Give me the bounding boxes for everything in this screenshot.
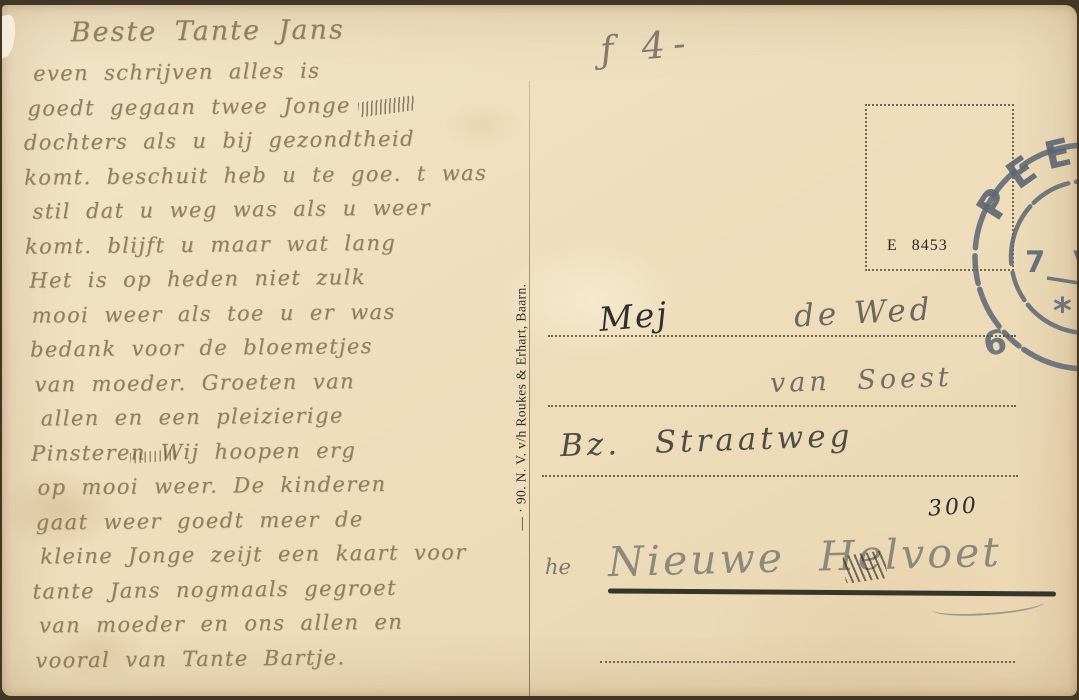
- message-line: dochters als u bij gezondtheid: [24, 125, 536, 165]
- address-house-number: 300: [927, 493, 980, 521]
- message-line: van moeder en ons allen en: [39, 608, 541, 648]
- message-block: Beste Tante Janseven schrijven alles isg…: [23, 12, 542, 682]
- address-recipient-surname: van Soest: [770, 362, 954, 399]
- message-line: goedt gegaan twee Jonge: [27, 91, 535, 131]
- address-street: Bz. Straatweg: [559, 418, 854, 464]
- address-place: Nieuwe Helvoet: [607, 528, 1002, 586]
- message-line: tante Jans nogmaals gegroet: [32, 574, 540, 614]
- address-rule-4: [600, 661, 1015, 663]
- postmark-date-text: 7 V: [1025, 245, 1077, 279]
- address-stray-mark: he: [545, 555, 571, 579]
- message-line: mooi weer als toe u er was: [32, 298, 538, 338]
- message-line: stil dat u weg was als u weer: [32, 194, 536, 234]
- message-line: gaat weer goedt meer de: [36, 505, 540, 545]
- address-rule-2: [548, 405, 1016, 407]
- message-line: vooral van Tante Bartje.: [35, 643, 541, 683]
- address-recipient-title: Mej: [597, 294, 670, 339]
- message-line: van moeder. Groeten van: [34, 367, 538, 407]
- place-underline: [608, 588, 1056, 596]
- stamp-box-code: E 8453: [887, 237, 948, 255]
- torn-paper-edge: [2, 13, 16, 59]
- message-line: komt. blijft u maar wat lang: [25, 229, 537, 269]
- message-line: kleine Jonge zeijt een kaart voor: [40, 539, 540, 579]
- address-rule-3: [542, 475, 1018, 477]
- message-line: even schrijven alles is: [33, 56, 535, 96]
- postmark-asterisk: *: [1053, 291, 1072, 332]
- postmark-stamp: PEE 7 V * 6: [947, 125, 1077, 385]
- postmark-town-text: PEE: [968, 127, 1077, 227]
- message-line: bedank voor de bloemetjes: [30, 332, 538, 372]
- message-line: allen en een pleizierige: [41, 401, 539, 441]
- publisher-imprint: — · 90. N. V. v/h Roukes & Erhart, Baarn…: [512, 240, 532, 575]
- price-mark: ƒ 4-: [598, 21, 695, 72]
- message-line: Pinsteren Wij hoopen erg: [31, 436, 539, 476]
- ink-retrace-scribble: [842, 550, 887, 584]
- message-line: Het is op heden niet zulk: [29, 263, 537, 303]
- pencil-flourish: [932, 593, 1045, 619]
- message-line: op mooi weer. De kinderen: [37, 470, 539, 510]
- postcard-back: Beste Tante Janseven schrijven alles isg…: [2, 5, 1077, 696]
- postmark-digit: 6: [980, 321, 1011, 364]
- postmark-svg: PEE 7 V * 6: [947, 125, 1077, 385]
- message-line: Beste Tante Jans: [71, 12, 535, 61]
- message-line: komt. beschuit heb u te goe. t was: [24, 160, 536, 200]
- address-recipient-name: de Wed: [793, 291, 934, 334]
